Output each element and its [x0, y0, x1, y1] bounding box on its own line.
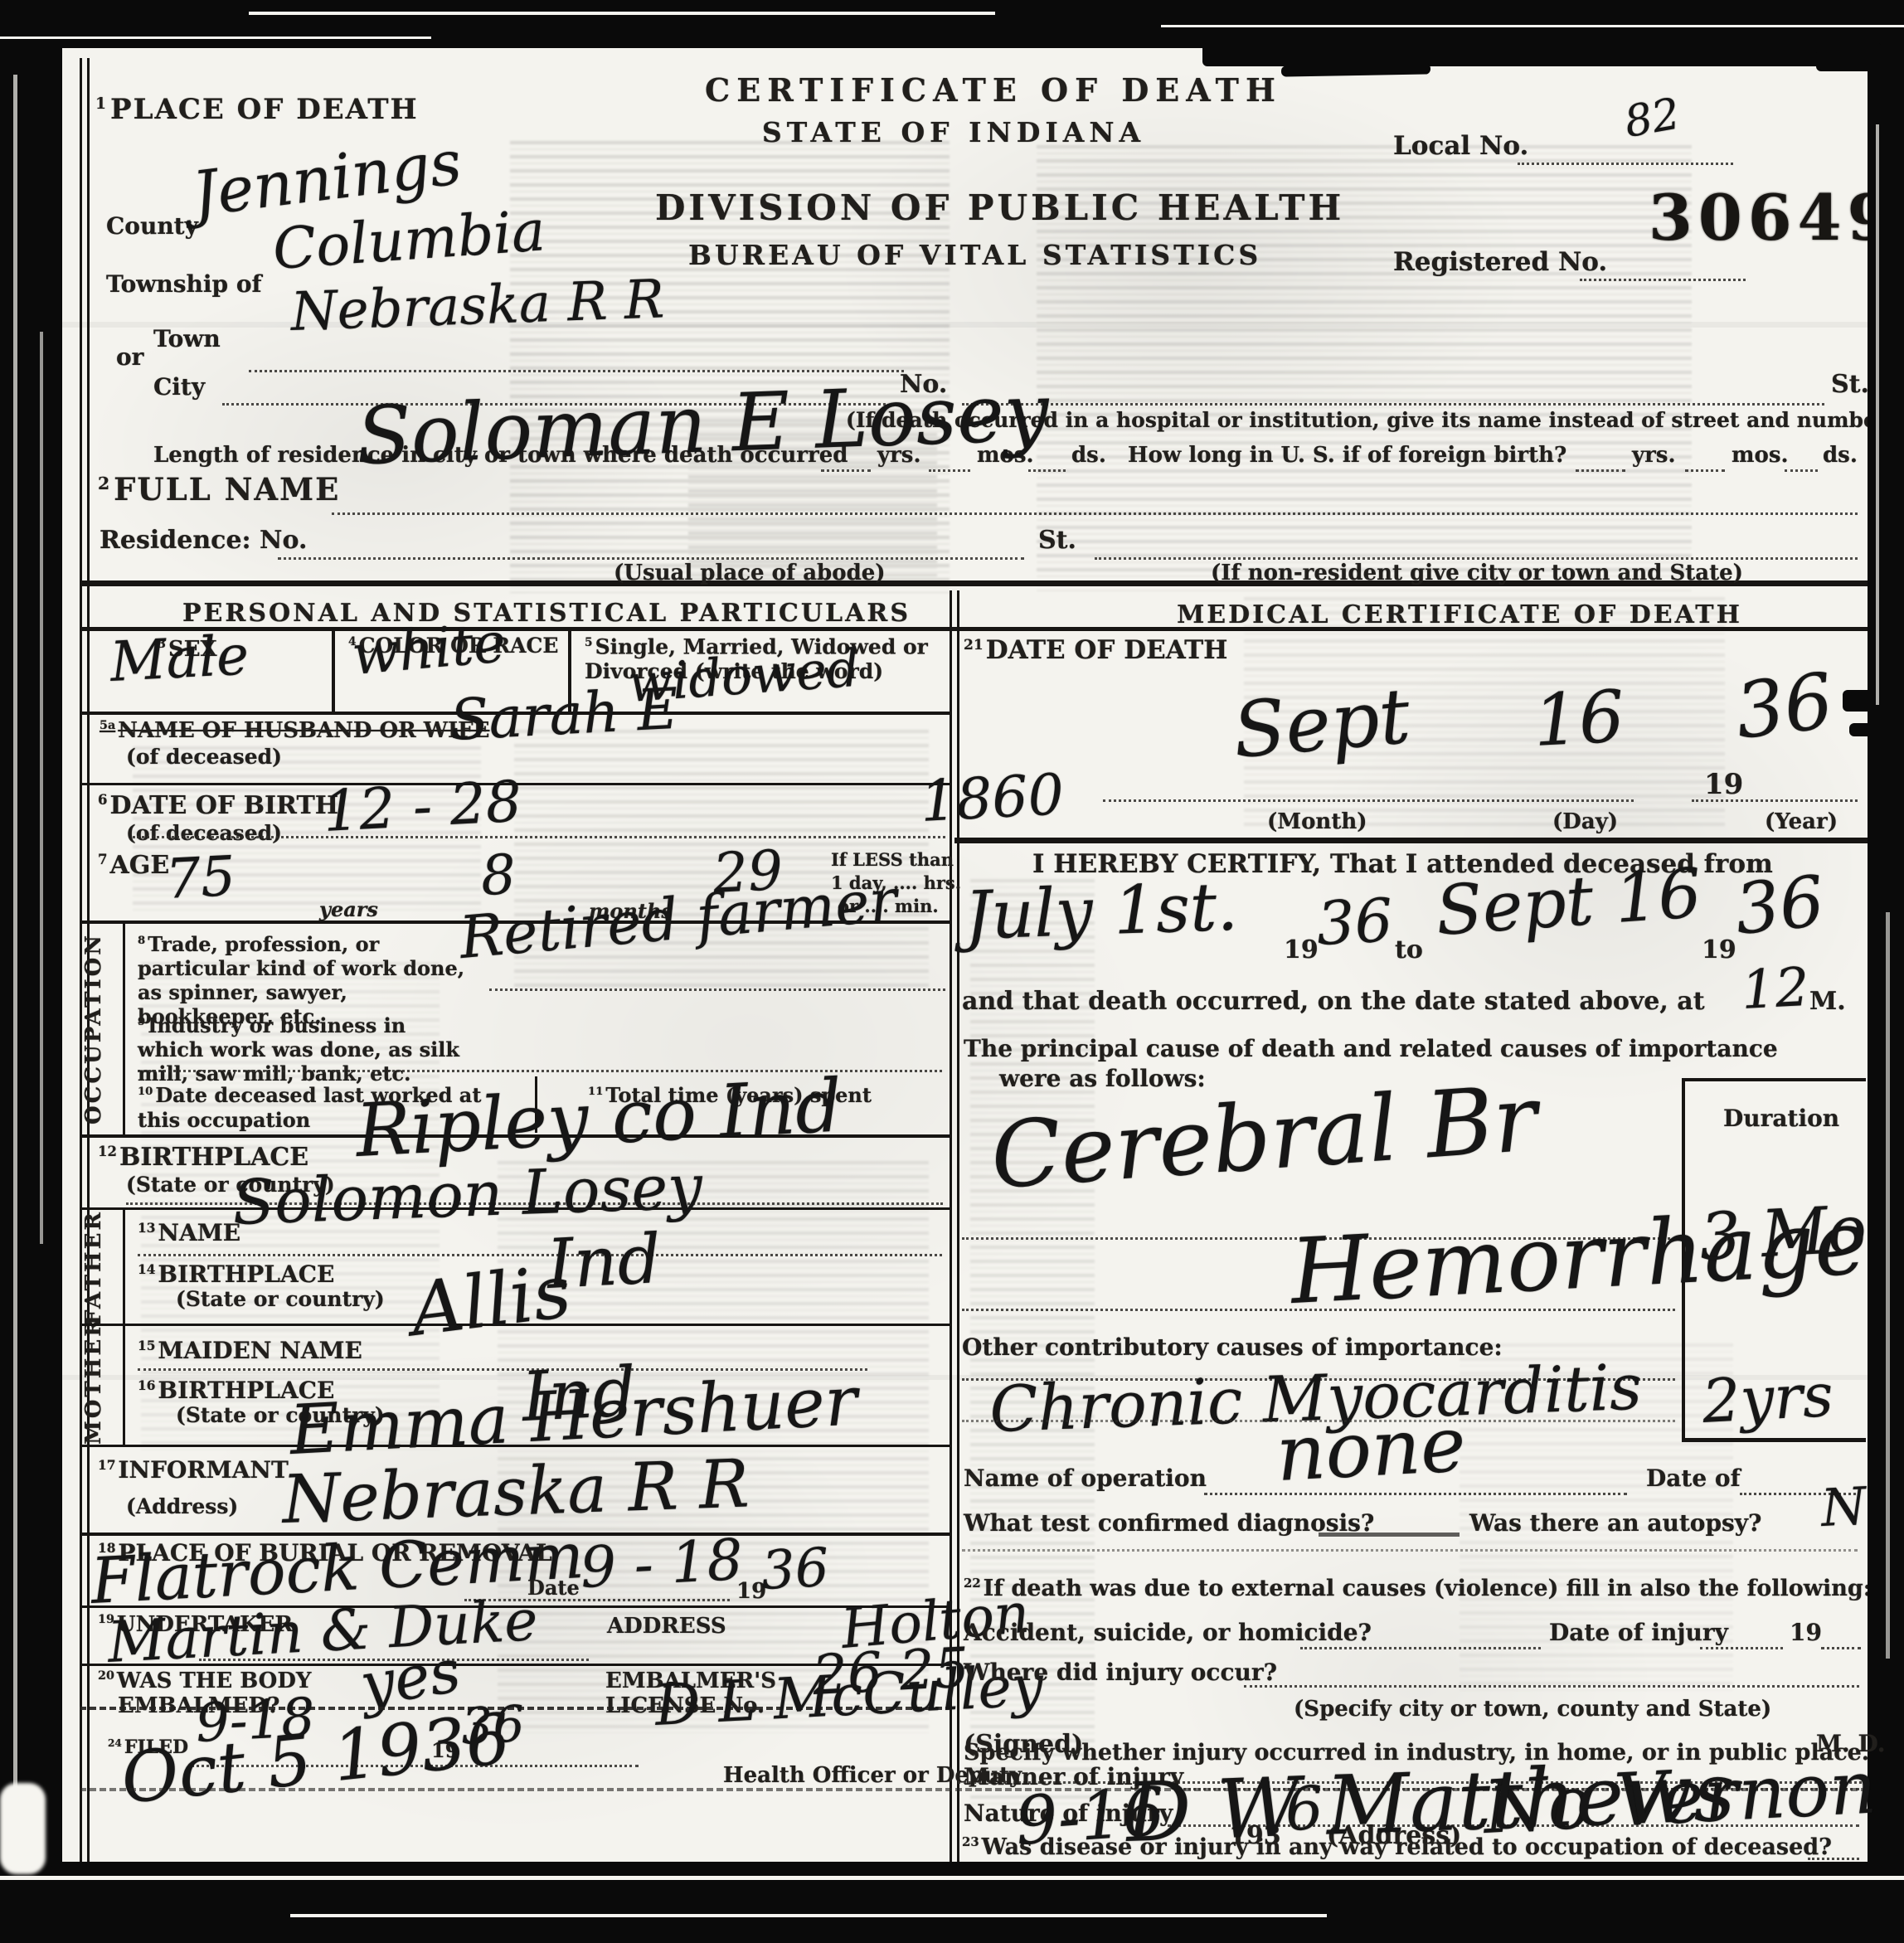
film-scratch	[40, 332, 43, 1244]
informant-label: 17INFORMANT	[98, 1456, 289, 1484]
father-birthplace-label: 14BIRTHPLACE	[138, 1261, 334, 1288]
m-label: M.	[1809, 987, 1846, 1016]
film-scratch	[0, 1783, 46, 1874]
spouse-sub-label: (of deceased)	[126, 745, 282, 769]
personal-section-title: PERSONAL AND STATISTICAL PARTICULARS	[182, 599, 846, 628]
blank-line	[1028, 469, 1066, 472]
principal-cause-line2: were as follows:	[999, 1065, 1206, 1092]
film-scratch	[13, 75, 17, 1858]
cause-duration-value: 3 Mo	[1698, 1193, 1868, 1275]
from-printed-19: 19	[1284, 935, 1319, 964]
film-border-left	[0, 0, 62, 1943]
specify-city-note: (Specify city or town, county and State)	[1294, 1697, 1771, 1722]
day-sub-label: (Day)	[1552, 809, 1618, 834]
bureau-title: BUREAU OF VITAL STATISTICS	[688, 239, 1219, 271]
residence-line-2	[1095, 557, 1858, 560]
contributory-duration-value: 2yrs	[1701, 1360, 1835, 1436]
death-certificate-scan: 1PLACE OF DEATH CERTIFICATE OF DEATH STA…	[0, 0, 1904, 1943]
test-label: What test confirmed diagnosis?	[964, 1509, 1374, 1537]
principal-cause-line1: The principal cause of death and related…	[964, 1035, 1778, 1062]
color-value: white	[349, 610, 508, 687]
film-blotch	[1202, 43, 1882, 66]
date-of-death-month: Sept	[1230, 672, 1414, 775]
death-time-value: 12	[1740, 957, 1810, 1022]
injury-date-label: Date of injury	[1549, 1619, 1728, 1646]
town-line	[249, 370, 904, 372]
foreign-birth-label: How long in U. S. if of foreign birth?	[1128, 443, 1566, 468]
related-line	[1808, 1858, 1859, 1860]
dob-line	[133, 836, 945, 838]
local-no-line	[1518, 163, 1733, 165]
date-of-death-day: 16	[1532, 675, 1627, 763]
or-label: or	[116, 343, 143, 371]
nonresident-note: (If non-resident give city or town and S…	[1211, 561, 1743, 585]
injury-19-line	[1821, 1647, 1861, 1649]
ds-label: ds.	[1071, 443, 1106, 468]
full-name-line	[332, 512, 1858, 515]
sex-value: Male	[109, 623, 250, 694]
town-label: Town	[153, 325, 221, 352]
blank-line	[1576, 469, 1625, 472]
month-sub-label: (Month)	[1267, 809, 1367, 834]
residence-label: Residence: No.	[100, 526, 307, 555]
mos-label-2: mos.	[1732, 443, 1789, 468]
accident-label: Accident, suicide, or homicide?	[964, 1619, 1372, 1646]
street-st-label: St.	[1831, 370, 1869, 399]
date-of-death-label: 21DATE OF DEATH	[964, 635, 1227, 665]
to-printed-19: 19	[1702, 935, 1736, 964]
autopsy-line	[962, 1549, 1858, 1552]
undertaker-address-label: ADDRESS	[607, 1614, 726, 1639]
dob-sub-label: (of deceased)	[126, 821, 282, 845]
operation-line	[1204, 1493, 1627, 1495]
age-label: 7AGE	[98, 851, 169, 880]
age-months-value: 8	[479, 843, 517, 908]
film-scratch	[1886, 912, 1890, 1659]
film-blotch	[1816, 50, 1904, 71]
division-title: DIVISION OF PUBLIC HEALTH	[655, 187, 1252, 228]
autopsy-label: Was there an autopsy?	[1469, 1509, 1761, 1537]
film-scratch	[0, 36, 431, 39]
industry-label: 9Industry or business in which work was …	[138, 1010, 474, 1086]
duration-label: Duration	[1723, 1105, 1839, 1132]
registered-no-label: Registered No.	[1393, 247, 1607, 277]
cell-divider	[123, 920, 125, 1134]
operation-value: none	[1274, 1400, 1468, 1499]
years-label: years	[319, 897, 378, 921]
to-label: to	[1395, 935, 1423, 964]
dod-line-2	[1692, 799, 1858, 802]
father-birthplace-sub: (State or country)	[176, 1287, 385, 1311]
where-injury-label: Where did injury occur?	[964, 1659, 1277, 1686]
operation-label: Name of operation	[964, 1465, 1207, 1492]
dod-printed-19: 19	[1704, 768, 1743, 801]
operation-date-label: Date of	[1646, 1465, 1741, 1492]
certificate-title: CERTIFICATE OF DEATH	[705, 71, 1202, 109]
blank-line	[1685, 469, 1725, 472]
spouse-value: Sarah E	[449, 677, 680, 754]
mother-side-label: MOTHER	[81, 1327, 123, 1445]
mother-maiden-label: 15MAIDEN NAME	[138, 1337, 362, 1364]
occupation-side-label: OCCUPATION	[81, 922, 123, 1134]
ds-label-2: ds.	[1823, 443, 1858, 468]
burial-date-value: 9 - 18	[579, 1528, 745, 1601]
local-no-label: Local No.	[1393, 131, 1528, 161]
residence-st-label: St.	[1038, 526, 1076, 555]
registered-number-stamp: 30649	[1649, 181, 1897, 255]
accident-line	[1300, 1647, 1541, 1649]
place-of-death-label: 1PLACE OF DEATH	[95, 93, 419, 126]
cell-divider	[332, 629, 335, 712]
county-label: County	[106, 212, 198, 240]
full-name-label: 2FULL NAME	[98, 471, 340, 508]
dod-line	[1103, 799, 1634, 802]
dob-year-value: 1860	[919, 762, 1066, 835]
external-causes-label: 22If death was due to external causes (v…	[964, 1576, 1872, 1601]
abode-note: (Usual place of abode)	[614, 561, 886, 585]
age-years-value: 75	[164, 844, 237, 911]
dob-value: 12 - 28	[322, 770, 523, 845]
year-sub-label: (Year)	[1765, 809, 1838, 834]
attended-from-year: 36	[1315, 885, 1395, 959]
film-border-top	[0, 0, 1904, 48]
film-scratch	[0, 1876, 1904, 1880]
blank-line	[1785, 469, 1818, 472]
local-no-value: 82	[1621, 89, 1684, 148]
residence-line	[278, 557, 1024, 560]
father-name-label: 13NAME	[138, 1219, 240, 1246]
film-scratch	[1161, 25, 1904, 27]
blank-line	[821, 469, 871, 472]
attended-from-value: July 1st.	[964, 868, 1239, 954]
cell-divider	[123, 1207, 125, 1445]
cause-line-2	[962, 1309, 1675, 1311]
town-value: Nebraska R R	[289, 269, 665, 343]
blank-line	[929, 469, 970, 472]
dob-label: 6DATE OF BIRTH	[98, 791, 338, 820]
registered-no-line	[1580, 279, 1746, 281]
film-scratch	[249, 12, 995, 15]
medical-section-title: MEDICAL CERTIFICATE OF DEATH	[1061, 600, 1858, 629]
informant-address-label: (Address)	[126, 1494, 238, 1518]
yrs-label-2: yrs.	[1632, 443, 1676, 468]
registration-mark	[1843, 690, 1904, 712]
field-number: 23	[962, 1834, 979, 1849]
injury-19-label: 19	[1790, 1619, 1822, 1646]
test-strike	[1319, 1533, 1460, 1537]
registration-mark	[1849, 723, 1904, 736]
burial-year-value: 36	[760, 1537, 830, 1602]
injury-date-line	[1700, 1647, 1783, 1649]
film-scratch	[290, 1914, 1327, 1917]
signed-label: (Signed)	[964, 1730, 1083, 1759]
trade-line	[489, 989, 945, 991]
attended-to-year: 36	[1732, 860, 1829, 950]
medical-rule	[954, 838, 1868, 843]
film-scratch	[1876, 124, 1879, 705]
street-line	[962, 403, 1824, 406]
death-occurred-line: and that death occurred, on the date sta…	[962, 987, 1705, 1016]
spouse-label: 5aNAME OF HUSBAND OR WIFE	[100, 718, 489, 743]
date-of-death-year: 36	[1731, 657, 1838, 756]
field-number: 1	[95, 95, 108, 113]
father-side-label: FATHER	[81, 1209, 123, 1325]
film-border-bottom	[0, 1862, 1904, 1943]
where-line	[1244, 1685, 1859, 1688]
state-title: STATE OF INDIANA	[705, 116, 1202, 148]
city-label: City	[153, 373, 205, 401]
township-label: Township of	[106, 270, 262, 298]
